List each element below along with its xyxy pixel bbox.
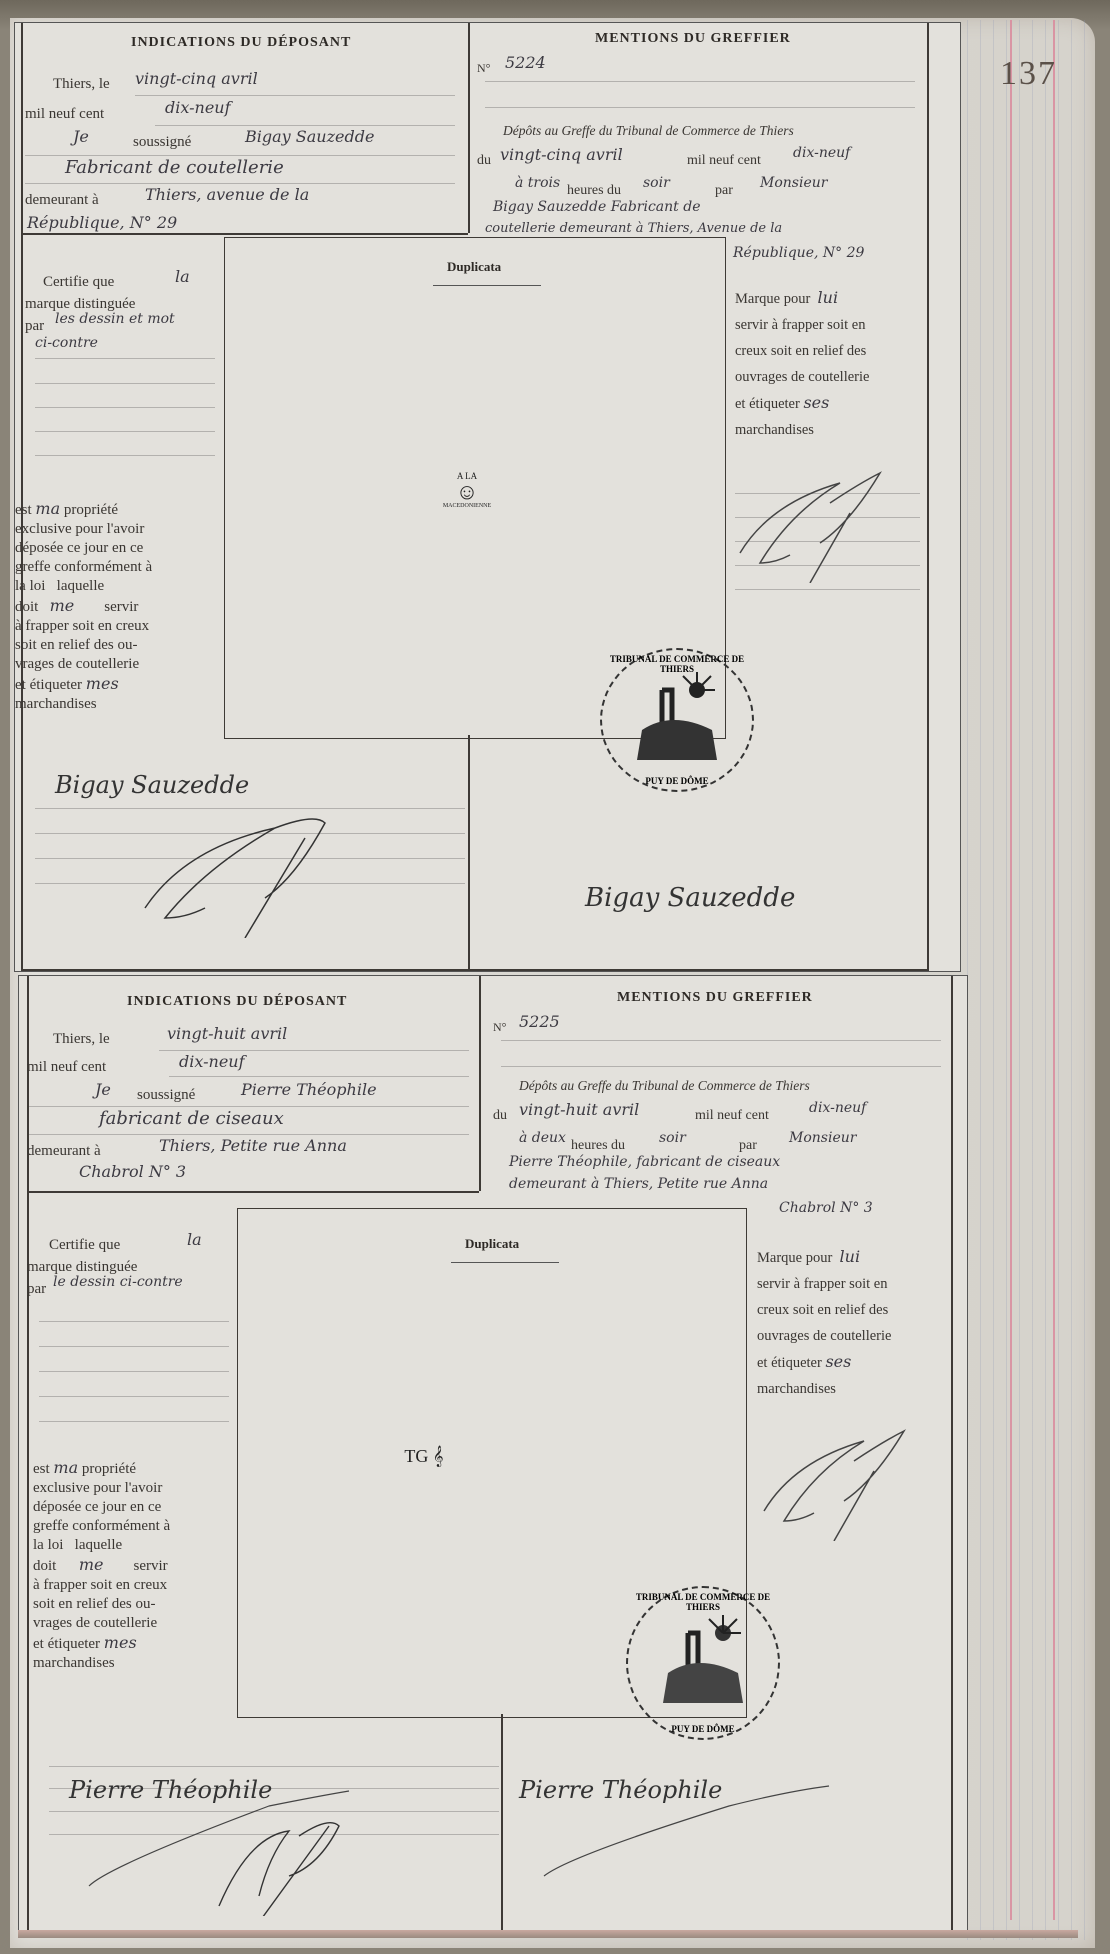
marque-line: servir à frapper soit en bbox=[735, 312, 869, 338]
tribunal-stamp: TRIBUNAL DE COMMERCE DE THIERS PUY DE DÔ… bbox=[600, 648, 754, 792]
form-rule bbox=[135, 95, 455, 96]
est-line: est ma propriété bbox=[33, 1458, 238, 1479]
marque-pour-label: Marque pour bbox=[757, 1250, 832, 1266]
ledger-ruled-margin bbox=[955, 20, 1085, 1940]
est-label: est bbox=[33, 1461, 50, 1477]
marque-line: ouvrages de coutellerie bbox=[735, 364, 869, 390]
form-rule bbox=[29, 1106, 469, 1107]
section-divider bbox=[27, 1191, 479, 1193]
depositor-address: Thiers, Petite rue Anna bbox=[159, 1136, 347, 1155]
doit-line: doit me servir bbox=[33, 1555, 238, 1576]
stamp-text-bottom: PUY DE DÔME bbox=[628, 1724, 778, 1734]
signature-flourish bbox=[529, 1776, 869, 1896]
form-rule bbox=[49, 1766, 499, 1767]
duplicata-label: Duplicata bbox=[465, 1236, 519, 1252]
form-rule bbox=[39, 1346, 229, 1347]
form-rule bbox=[35, 383, 215, 384]
mes-handwritten: mes bbox=[104, 1633, 137, 1652]
depositor-occupation: fabricant de ciseaux bbox=[99, 1108, 284, 1129]
form-rule bbox=[39, 1396, 229, 1397]
form-rule bbox=[25, 155, 455, 156]
page-number: 137 bbox=[1000, 55, 1057, 93]
section-divider bbox=[21, 233, 468, 235]
loi-label: la loi bbox=[15, 578, 45, 594]
je-handwritten: Je bbox=[73, 127, 89, 146]
certifie-handwritten: la bbox=[187, 1230, 202, 1249]
year-label: mil neuf cent bbox=[27, 1058, 106, 1077]
year-handwritten: dix-neuf bbox=[179, 1052, 245, 1071]
heures-label: heures du bbox=[567, 181, 621, 200]
certifie-handwritten: la bbox=[175, 267, 190, 286]
deposit-form-5224: INDICATIONS DU DÉPOSANT Thiers, le vingt… bbox=[14, 22, 961, 972]
etiqueter-label: et étiqueter bbox=[15, 677, 82, 693]
etiqueter-label: et étiqueter bbox=[735, 396, 800, 412]
greffier-detail-1: Pierre Théophile, fabricant de ciseaux bbox=[509, 1154, 780, 1170]
address-label: demeurant à bbox=[25, 191, 99, 210]
deposit-date: vingt-cinq avril bbox=[500, 145, 623, 164]
deposit-period: soir bbox=[643, 175, 670, 191]
certifie-label: Certifie que bbox=[43, 273, 114, 292]
form-rule bbox=[29, 1134, 469, 1135]
form-rule bbox=[485, 107, 915, 108]
par-handwritten: Monsieur bbox=[760, 175, 827, 191]
page-bottom-edge bbox=[18, 1930, 1078, 1938]
par-label: par bbox=[27, 1280, 46, 1299]
greffier-detail-1: Bigay Sauzedde Fabricant de bbox=[493, 199, 700, 215]
greffier-marque-block: Marque pour lui servir à frapper soit en… bbox=[757, 1244, 891, 1402]
form-rule bbox=[25, 183, 455, 184]
marque-line: creux soit en relief des bbox=[735, 338, 869, 364]
form-rule bbox=[39, 1421, 229, 1422]
form-rule bbox=[169, 1076, 469, 1077]
form-rule bbox=[39, 1321, 229, 1322]
declaration-line: soit en relief des ou- bbox=[33, 1595, 238, 1614]
deposit-year: dix-neuf bbox=[809, 1100, 866, 1116]
depots-line: Dépôts au Greffe du Tribunal de Commerce… bbox=[519, 1076, 810, 1095]
greffier-paraph bbox=[754, 1421, 954, 1541]
ses-handwritten: ses bbox=[825, 1352, 851, 1371]
du-label: du bbox=[477, 151, 491, 170]
etiqueter-line: et étiqueter ses bbox=[757, 1349, 891, 1376]
servir-label: servir bbox=[133, 1558, 167, 1574]
est-label: est bbox=[15, 502, 32, 518]
deposit-year: dix-neuf bbox=[793, 145, 850, 161]
mes-handwritten: mes bbox=[86, 674, 119, 693]
etiqueter-label: et étiqueter bbox=[757, 1355, 822, 1371]
declaration-line: vrages de coutellerie bbox=[33, 1614, 238, 1633]
year-label: mil neuf cent bbox=[25, 105, 104, 124]
depositor-address: Thiers, avenue de la bbox=[145, 185, 309, 204]
deposit-hour: à deux bbox=[519, 1130, 566, 1146]
form-rule bbox=[501, 1040, 941, 1041]
form-rule bbox=[155, 125, 455, 126]
depots-line: Dépôts au Greffe du Tribunal de Commerce… bbox=[503, 121, 794, 140]
loi-label: la loi bbox=[33, 1537, 63, 1553]
form-rule bbox=[39, 1371, 229, 1372]
du-label: du bbox=[493, 1106, 507, 1125]
declaration-line: soit en relief des ou- bbox=[15, 636, 220, 655]
year-handwritten: dix-neuf bbox=[165, 98, 231, 117]
form-rule bbox=[159, 1050, 469, 1051]
stamp-text-top: TRIBUNAL DE COMMERCE DE THIERS bbox=[628, 1592, 778, 1612]
form-rule bbox=[485, 81, 915, 82]
mark-description-2: ci-contre bbox=[35, 335, 98, 351]
declaration-line: greffe conformément à bbox=[33, 1517, 238, 1536]
marchandises-label: marchandises bbox=[735, 417, 869, 443]
servir-label: servir bbox=[104, 599, 138, 615]
declaration-line: greffe conformément à bbox=[15, 558, 220, 577]
depositor-name: Bigay Sauzedde bbox=[245, 127, 374, 146]
date-handwritten: vingt-huit avril bbox=[167, 1024, 287, 1043]
signature-divider bbox=[501, 1714, 503, 1931]
est-line: est ma propriété bbox=[15, 499, 220, 520]
par-label: par bbox=[739, 1136, 757, 1155]
propriete-label: propriété bbox=[82, 1461, 136, 1477]
me-handwritten: me bbox=[50, 596, 75, 615]
address-label: demeurant à bbox=[27, 1142, 101, 1161]
registration-number: 5224 bbox=[505, 53, 546, 72]
stamp-text-top: TRIBUNAL DE COMMERCE DE THIERS bbox=[602, 654, 752, 674]
date-label: Thiers, le bbox=[53, 1030, 110, 1049]
declaration-line: vrages de coutellerie bbox=[15, 655, 220, 674]
certifie-label: Certifie que bbox=[49, 1236, 120, 1255]
form-rule bbox=[35, 455, 215, 456]
treble-clef-icon: 𝄞 bbox=[433, 1446, 444, 1466]
duplicata-label: Duplicata bbox=[447, 259, 501, 275]
etiqueter-line: et étiqueter mes bbox=[15, 674, 220, 695]
column-divider bbox=[479, 976, 481, 1191]
deposit-hour: à trois bbox=[515, 175, 560, 191]
number-label: N° bbox=[493, 1018, 506, 1037]
deposit-date: vingt-huit avril bbox=[519, 1100, 639, 1119]
declaration-line: à frapper soit en creux bbox=[15, 617, 220, 636]
signature-divider bbox=[468, 735, 470, 971]
deposant-header: INDICATIONS DU DÉPOSANT bbox=[127, 994, 347, 1010]
mil-label: mil neuf cent bbox=[687, 151, 761, 170]
deposit-form-5225: INDICATIONS DU DÉPOSANT Thiers, le vingt… bbox=[18, 975, 968, 1932]
mil-label: mil neuf cent bbox=[695, 1106, 769, 1125]
property-declaration: est ma propriété exclusive pour l'avoir … bbox=[15, 499, 220, 714]
clerk-paraph bbox=[125, 808, 345, 938]
marque-line: servir à frapper soit en bbox=[757, 1271, 891, 1297]
declaration-line: déposée ce jour en ce bbox=[15, 539, 220, 558]
tribunal-stamp: TRIBUNAL DE COMMERCE DE THIERS PUY DE DÔ… bbox=[626, 1586, 780, 1740]
marque-line: creux soit en relief des bbox=[757, 1297, 891, 1323]
greffier-header: MENTIONS DU GREFFIER bbox=[617, 990, 813, 1006]
mark-description: le dessin ci-contre bbox=[53, 1274, 183, 1290]
form-rule bbox=[735, 589, 920, 590]
form-bottom-border bbox=[21, 969, 929, 971]
greffier-paraph bbox=[730, 463, 930, 583]
signature-flourish bbox=[69, 1776, 499, 1916]
trademark-image: TG 𝄞 bbox=[399, 1446, 449, 1467]
mark-description: les dessin et mot bbox=[55, 311, 175, 327]
je-handwritten: Je bbox=[95, 1080, 111, 1099]
greffier-detail-2: demeurant à Thiers, Petite rue Anna bbox=[509, 1176, 768, 1192]
number-label: N° bbox=[477, 59, 490, 78]
greffier-marque-block: Marque pour lui servir à frapper soit en… bbox=[735, 285, 869, 443]
marque-line: ouvrages de coutellerie bbox=[757, 1323, 891, 1349]
soussigne-label: soussigné bbox=[133, 133, 191, 152]
depositor-name: Pierre Théophile bbox=[241, 1080, 377, 1099]
stamp-text-bottom: PUY DE DÔME bbox=[602, 776, 752, 786]
trademark-text-bottom: MACEDONIENNE bbox=[439, 503, 495, 509]
lui-handwritten: lui bbox=[840, 1247, 861, 1266]
form-rule bbox=[35, 407, 215, 408]
marque-pour-line: Marque pour lui bbox=[757, 1244, 891, 1271]
ma-handwritten: ma bbox=[35, 499, 60, 518]
propriete-label: propriété bbox=[64, 502, 118, 518]
depositor-signature: Bigay Sauzedde bbox=[55, 771, 249, 799]
deposit-period: soir bbox=[659, 1130, 686, 1146]
marque-pour-line: Marque pour lui bbox=[735, 285, 869, 312]
declaration-line: exclusive pour l'avoir bbox=[15, 520, 220, 539]
deposant-header: INDICATIONS DU DÉPOSANT bbox=[131, 35, 351, 51]
declaration-line: à frapper soit en creux bbox=[33, 1576, 238, 1595]
me-handwritten: me bbox=[79, 1555, 104, 1574]
depositor-address-2: Chabrol N° 3 bbox=[79, 1162, 186, 1181]
laquelle-text: laquelle bbox=[75, 1537, 122, 1553]
duplicata-underline bbox=[433, 285, 541, 286]
property-declaration: est ma propriété exclusive pour l'avoir … bbox=[33, 1458, 238, 1673]
form-rule bbox=[35, 431, 215, 432]
form-rule bbox=[35, 358, 215, 359]
duplicata-underline bbox=[451, 1262, 559, 1263]
ma-handwritten: ma bbox=[53, 1458, 78, 1477]
greffier-header: MENTIONS DU GREFFIER bbox=[595, 31, 791, 47]
trademark-image: A LA ☺ MACEDONIENNE bbox=[439, 471, 495, 509]
doit-label: doit bbox=[33, 1558, 56, 1574]
par-label: par bbox=[25, 317, 44, 336]
heures-label: heures du bbox=[571, 1136, 625, 1155]
registration-number: 5225 bbox=[519, 1012, 560, 1031]
form-border bbox=[21, 23, 23, 971]
margin-red-line bbox=[1010, 20, 1012, 1920]
declaration-line: exclusive pour l'avoir bbox=[33, 1479, 238, 1498]
trademark-initials: TG bbox=[404, 1446, 428, 1466]
etiqueter-label: et étiqueter bbox=[33, 1636, 100, 1652]
greffier-signature: Bigay Sauzedde bbox=[585, 883, 795, 913]
loi-line: la loi laquelle bbox=[33, 1536, 238, 1555]
marque-pour-label: Marque pour bbox=[735, 291, 810, 307]
lui-handwritten: lui bbox=[818, 288, 839, 307]
par-label: par bbox=[715, 181, 733, 200]
date-handwritten: vingt-cinq avril bbox=[135, 69, 258, 88]
trademark-face-icon: ☺ bbox=[439, 481, 495, 503]
date-label: Thiers, le bbox=[53, 75, 110, 94]
par-handwritten: Monsieur bbox=[789, 1130, 856, 1146]
greffier-detail-3: République, N° 29 bbox=[733, 245, 864, 261]
marchandises-label: marchandises bbox=[15, 695, 220, 714]
depositor-address-2: République, N° 29 bbox=[27, 213, 177, 232]
greffier-detail-3: Chabrol N° 3 bbox=[779, 1200, 873, 1216]
etiqueter-line: et étiqueter mes bbox=[33, 1633, 238, 1654]
marchandises-label: marchandises bbox=[757, 1376, 891, 1402]
greffier-detail-2: coutellerie demeurant à Thiers, Avenue d… bbox=[485, 221, 782, 236]
loi-line: la loi laquelle bbox=[15, 577, 220, 596]
doit-label: doit bbox=[15, 599, 38, 615]
laquelle-text: laquelle bbox=[57, 578, 104, 594]
depositor-occupation: Fabricant de coutellerie bbox=[65, 157, 284, 178]
declaration-line: déposée ce jour en ce bbox=[33, 1498, 238, 1517]
etiqueter-line: et étiqueter ses bbox=[735, 390, 869, 417]
column-divider bbox=[468, 23, 470, 233]
soussigne-label: soussigné bbox=[137, 1086, 195, 1105]
doit-line: doit me servir bbox=[15, 596, 220, 617]
margin-red-line bbox=[1053, 20, 1055, 1920]
form-rule bbox=[501, 1066, 941, 1067]
ses-handwritten: ses bbox=[803, 393, 829, 412]
form-border bbox=[27, 976, 29, 1931]
marchandises-label: marchandises bbox=[33, 1654, 238, 1673]
